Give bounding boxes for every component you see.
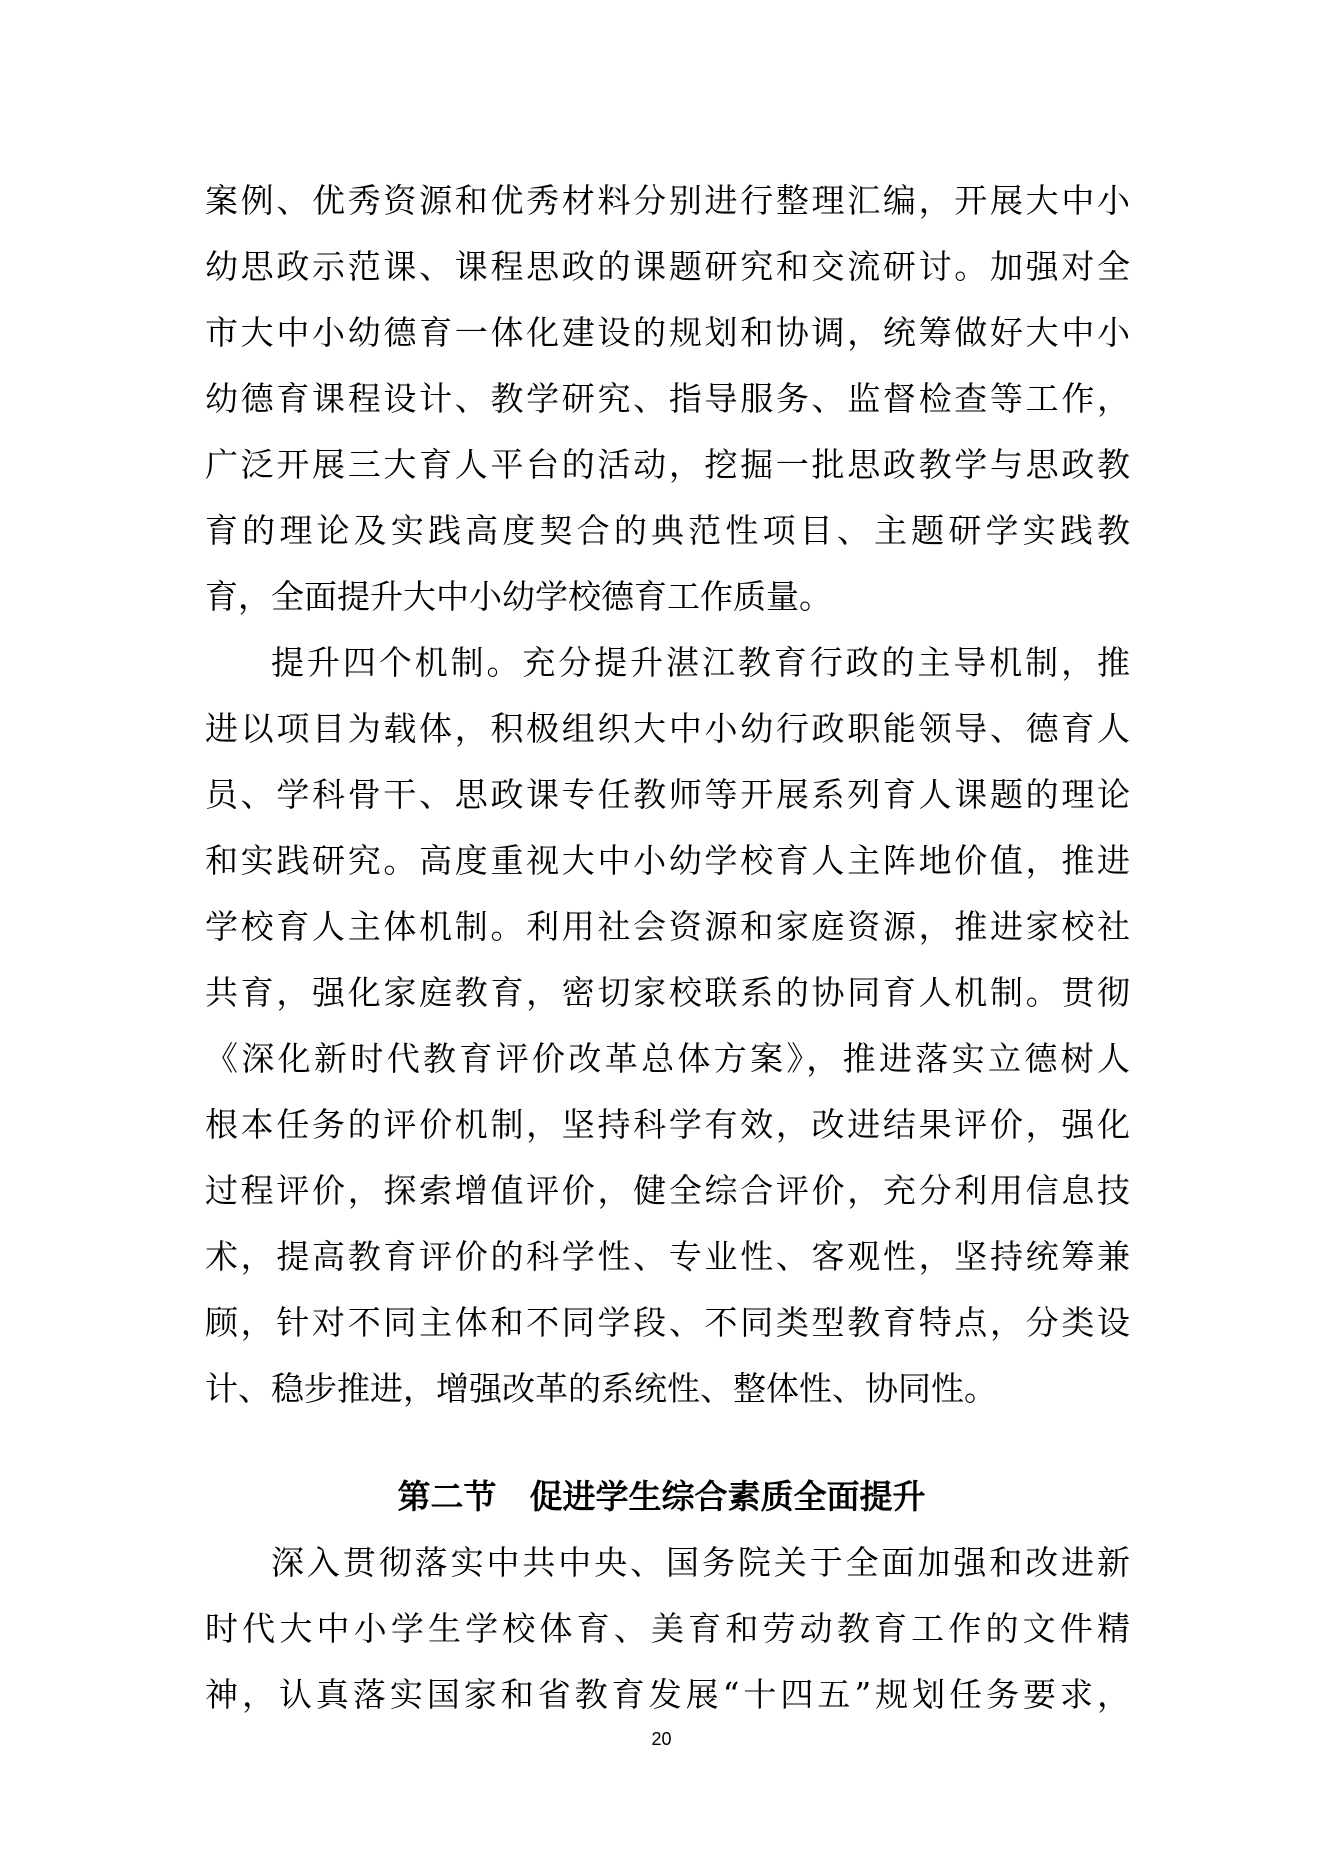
paragraph-2-line-4: 和实践研究。高度重视大中小幼学校育人主阵地价值，推进 (205, 841, 1130, 881)
paragraph-2-line-11: 顾，针对不同主体和不同学段、不同类型教育特点，分类设 (205, 1303, 1130, 1343)
paragraph-2-line-5: 学校育人主体机制。利用社会资源和家庭资源，推进家校社 (205, 907, 1130, 947)
paragraph-2-line-7: 《深化新时代教育评价改革总体方案》，推进落实立德树人 (205, 1039, 1130, 1079)
paragraph-2-line-3: 员、学科骨干、思政课专任教师等开展系列育人课题的理论 (205, 775, 1130, 815)
paragraph-2-line-9: 过程评价，探索增值评价，健全综合评价，充分利用信息技 (205, 1171, 1130, 1211)
paragraph-3-line-3: 神，认真落实国家和省教育发展“十四五”规划任务要求， (205, 1675, 1130, 1715)
paragraph-2-line-1: 提升四个机制。充分提升湛江教育行政的主导机制，推 (271, 643, 1130, 683)
section-heading: 第二节 促进学生综合素质全面提升 (0, 1477, 1323, 1517)
page-number: 20 (0, 1728, 1323, 1750)
paragraph-2-line-8: 根本任务的评价机制，坚持科学有效，改进结果评价，强化 (205, 1105, 1130, 1145)
paragraph-1-line-4: 幼德育课程设计、教学研究、指导服务、监督检查等工作， (205, 379, 1130, 419)
paragraph-3-line-1: 深入贯彻落实中共中央、国务院关于全面加强和改进新 (271, 1543, 1130, 1583)
paragraph-2-line-10: 术，提高教育评价的科学性、专业性、客观性，坚持统筹兼 (205, 1237, 1130, 1277)
paragraph-1-line-3: 市大中小幼德育一体化建设的规划和协调，统筹做好大中小 (205, 313, 1130, 353)
paragraph-1-line-2: 幼思政示范课、课程思政的课题研究和交流研讨。加强对全 (205, 247, 1130, 287)
paragraph-2-line-12: 计、稳步推进，增强改革的系统性、整体性、协同性。 (205, 1369, 1130, 1409)
paragraph-1-line-5: 广泛开展三大育人平台的活动，挖掘一批思政教学与思政教 (205, 445, 1130, 485)
document-page: 案例、优秀资源和优秀材料分别进行整理汇编，开展大中小 幼思政示范课、课程思政的课… (0, 0, 1323, 1871)
paragraph-3-line-2: 时代大中小学生学校体育、美育和劳动教育工作的文件精 (205, 1609, 1130, 1649)
paragraph-1-line-1: 案例、优秀资源和优秀材料分别进行整理汇编，开展大中小 (205, 181, 1130, 221)
paragraph-1-line-6: 育的理论及实践高度契合的典范性项目、主题研学实践教 (205, 511, 1130, 551)
paragraph-2-line-2: 进以项目为载体，积极组织大中小幼行政职能领导、德育人 (205, 709, 1130, 749)
paragraph-2-line-6: 共育，强化家庭教育，密切家校联系的协同育人机制。贯彻 (205, 973, 1130, 1013)
paragraph-1-line-7: 育，全面提升大中小幼学校德育工作质量。 (205, 577, 1130, 617)
